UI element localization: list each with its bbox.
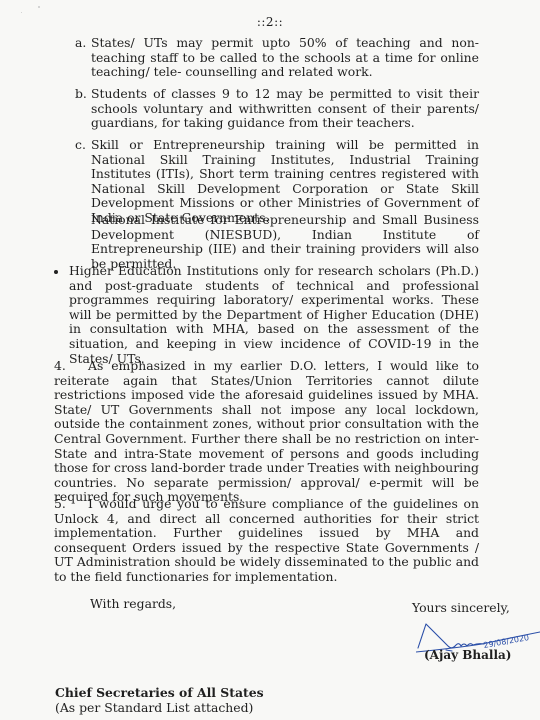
valediction: Yours sincerely, [412, 601, 510, 616]
bullet-item: Higher Education Institutions only for r… [52, 264, 479, 366]
scan-speck [21, 12, 22, 13]
sub-item-text: States/ UTs may permit upto 50% of teach… [91, 36, 479, 80]
sub-item-label: a. [75, 36, 91, 51]
sub-item-b: b. Students of classes 9 to 12 may be pe… [75, 87, 479, 131]
bullet-icon [54, 270, 58, 274]
document-page: ::2:: a. States/ UTs may permit upto 50%… [0, 0, 540, 720]
paragraph-text: I would urge you to ensure compliance of… [54, 496, 479, 584]
closing-line: With regards, [90, 597, 176, 612]
paragraph-number: 5. [54, 497, 88, 512]
paragraph-number: 4. [54, 359, 88, 374]
addressee-note: (As per Standard List attached) [55, 701, 253, 716]
page-number: ::2:: [0, 15, 540, 30]
addressee: Chief Secretaries of All States [55, 686, 264, 701]
paragraph-4: 4.As emphasized in my earlier D.O. lette… [54, 359, 479, 505]
paragraph-5: 5.I would urge you to ensure compliance … [54, 497, 479, 585]
sub-item-label: b. [75, 87, 91, 102]
paragraph-text: As emphasized in my earlier D.O. letters… [54, 358, 479, 504]
signer-name: (Ajay Bhalla) [424, 648, 511, 663]
sub-item-label: c. [75, 138, 91, 153]
bullet-text: Higher Education Institutions only for r… [69, 264, 479, 366]
sub-item-text: Students of classes 9 to 12 may be permi… [91, 87, 479, 131]
scan-speck [38, 6, 40, 8]
sub-item-a: a. States/ UTs may permit upto 50% of te… [75, 36, 479, 80]
